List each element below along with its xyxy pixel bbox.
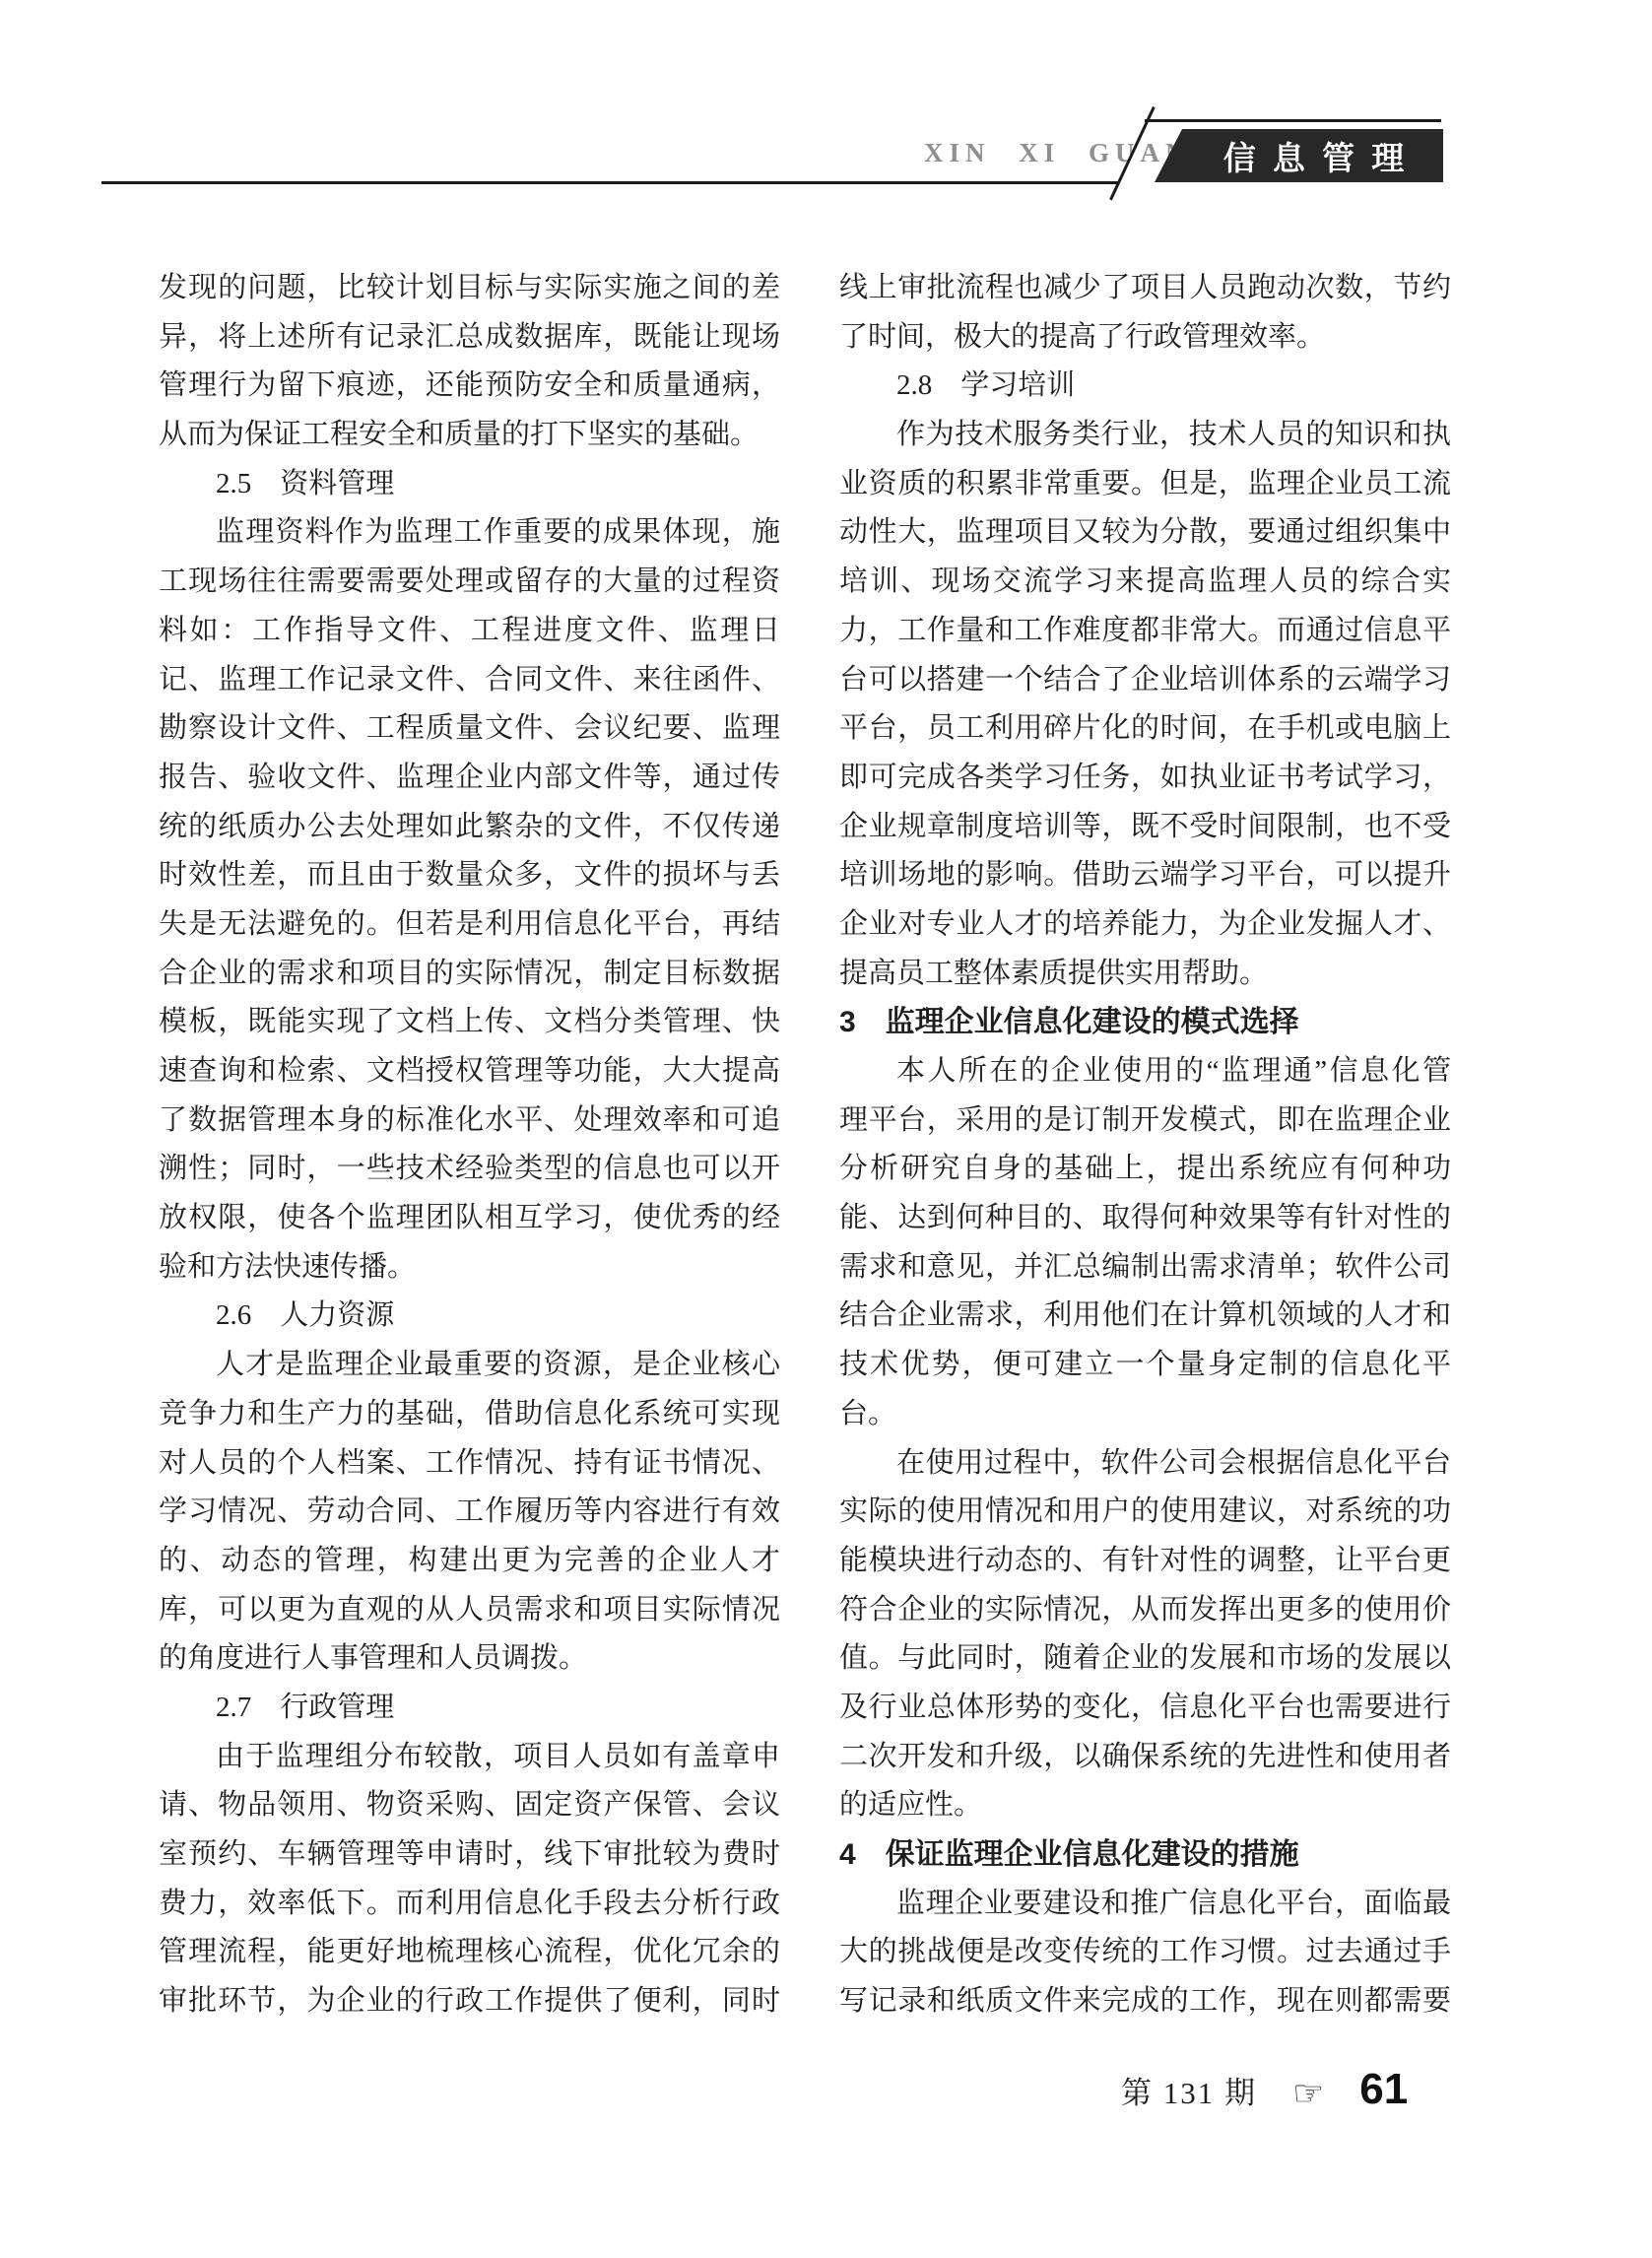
text-line: 平台，员工利用碎片化的时间，在手机或电脑上 xyxy=(839,704,1451,754)
text-line: 时效性差，而且由于数量众多，文件的损坏与丢 xyxy=(159,851,780,900)
text-line: 提高员工整体素质提供实用帮助。 xyxy=(839,950,1451,999)
text-line: 2.5 资料管理 xyxy=(159,460,780,509)
text-line: 请、物品领用、物资采购、固定资产保管、会议 xyxy=(159,1781,780,1830)
text-line: 室预约、车辆管理等申请时，线下审批较为费时 xyxy=(159,1830,780,1880)
text-line: 溯性；同时，一些技术经验类型的信息也可以开 xyxy=(159,1145,780,1194)
text-line: 的角度进行人事管理和人员调拨。 xyxy=(159,1634,780,1684)
text-line: 培训场地的影响。借助云端学习平台，可以提升 xyxy=(839,851,1451,900)
text-line: 记、监理工作记录文件、合同文件、来往函件、 xyxy=(159,656,780,705)
text-line: 理平台，采用的是订制开发模式，即在监理企业 xyxy=(839,1096,1451,1146)
text-line: 能、达到何种目的、取得何种效果等有针对性的 xyxy=(839,1194,1451,1243)
text-line: 企业对专业人才的培养能力，为企业发掘人才、 xyxy=(839,900,1451,950)
text-line: 2.7 行政管理 xyxy=(159,1684,780,1733)
text-line: 结合企业需求，利用他们在计算机领域的人才和 xyxy=(839,1292,1451,1341)
text-line: 及行业总体形势的变化，信息化平台也需要进行 xyxy=(839,1684,1451,1733)
text-line: 发现的问题，比较计划目标与实际实施之间的差 xyxy=(159,264,780,313)
text-line: 在使用过程中，软件公司会根据信息化平台 xyxy=(839,1439,1451,1489)
text-line: 管理流程，能更好地梳理核心流程，优化冗余的 xyxy=(159,1928,780,1977)
text-line: 写记录和纸质文件来完成的工作，现在则都需要 xyxy=(839,1977,1451,2026)
text-line: 的、动态的管理，构建出更为完善的企业人才 xyxy=(159,1537,780,1586)
text-line: 需求和意见，并汇总编制出需求清单；软件公司 xyxy=(839,1243,1451,1293)
text-line: 对人员的个人档案、工作情况、持有证书情况、 xyxy=(159,1439,780,1489)
text-line: 本人所在的企业使用的“监理通”信息化管 xyxy=(839,1047,1451,1096)
text-line: 模板，既能实现了文档上传、文档分类管理、快 xyxy=(159,998,780,1047)
text-line: 符合企业的实际情况，从而发挥出更多的使用价 xyxy=(839,1586,1451,1635)
text-line: 工现场往往需要需要处理或留存的大量的过程资 xyxy=(159,558,780,607)
text-line: 线上审批流程也减少了项目人员跑动次数，节约 xyxy=(839,264,1451,313)
text-line: 实际的使用情况和用户的使用建议，对系统的功 xyxy=(839,1488,1451,1537)
text-line: 的适应性。 xyxy=(839,1781,1451,1830)
text-line: 业资质的积累非常重要。但是，监理企业员工流 xyxy=(839,460,1451,509)
text-line: 2.8 学习培训 xyxy=(839,362,1451,411)
page-number: 61 xyxy=(1359,2065,1408,2114)
text-line: 学习情况、劳动合同、工作履历等内容进行有效 xyxy=(159,1488,780,1537)
text-line: 从而为保证工程安全和质量的打下坚实的基础。 xyxy=(159,411,780,460)
text-line: 企业规章制度培训等，既不受时间限制，也不受 xyxy=(839,803,1451,852)
text-line: 分析研究自身的基础上，提出系统应有何种功 xyxy=(839,1145,1451,1194)
text-line: 竞争力和生产力的基础，借助信息化系统可实现 xyxy=(159,1390,780,1439)
text-line: 审批环节，为企业的行政工作提供了便利，同时 xyxy=(159,1977,780,2026)
text-line: 失是无法避免的。但若是利用信息化平台，再结 xyxy=(159,900,780,950)
text-line: 二次开发和升级，以确保系统的先进性和使用者 xyxy=(839,1733,1451,1782)
text-line: 3 监理企业信息化建设的模式选择 xyxy=(839,998,1451,1047)
text-line: 台可以搭建一个结合了企业培训体系的云端学习 xyxy=(839,656,1451,705)
text-line: 技术优势，便可建立一个量身定制的信息化平 xyxy=(839,1341,1451,1390)
pointing-hand-icon: ☞ xyxy=(1292,2073,1324,2114)
text-line: 库，可以更为直观的从人员需求和项目实际情况 xyxy=(159,1586,780,1635)
text-line: 统的纸质办公去处理如此繁杂的文件，不仅传递 xyxy=(159,803,780,852)
text-line: 费力，效率低下。而利用信息化手段去分析行政 xyxy=(159,1880,780,1929)
text-line: 验和方法快速传播。 xyxy=(159,1243,780,1293)
text-line: 动性大，监理项目又较为分散，要通过组织集中 xyxy=(839,508,1451,558)
text-line: 值。与此同时，随着企业的发展和市场的发展以 xyxy=(839,1634,1451,1684)
text-line: 培训、现场交流学习来提高监理人员的综合实 xyxy=(839,558,1451,607)
text-line: 监理资料作为监理工作重要的成果体现，施 xyxy=(159,508,780,558)
text-line: 监理企业要建设和推广信息化平台，面临最 xyxy=(839,1880,1451,1929)
header-rule xyxy=(101,181,1118,184)
text-line: 了数据管理本身的标准化水平、处理效率和可追 xyxy=(159,1096,780,1146)
article-left-column: 发现的问题，比较计划目标与实际实施之间的差异，将上述所有记录汇总成数据库，既能让… xyxy=(159,264,780,2026)
text-line: 料如：工作指导文件、工程进度文件、监理日 xyxy=(159,607,780,656)
text-line: 报告、验收文件、监理企业内部文件等，通过传 xyxy=(159,754,780,803)
text-line: 勘察设计文件、工程质量文件、会议纪要、监理 xyxy=(159,704,780,754)
text-line: 合企业的需求和项目的实际情况，制定目标数据 xyxy=(159,950,780,999)
header-rule-top xyxy=(1145,119,1441,122)
text-line: 速查询和检索、文档授权管理等功能，大大提高 xyxy=(159,1047,780,1096)
text-line: 人才是监理企业最重要的资源，是企业核心 xyxy=(159,1341,780,1390)
page-footer: 第 131 期 ☞ 61 xyxy=(1121,2065,1408,2114)
text-line: 力，工作量和工作难度都非常大。而通过信息平 xyxy=(839,607,1451,656)
article-right-column: 线上审批流程也减少了项目人员跑动次数，节约了时间，极大的提高了行政管理效率。2.… xyxy=(839,264,1451,2026)
header-section-title: 信息管理 xyxy=(1223,133,1421,179)
text-line: 即可完成各类学习任务，如执业证书考试学习， xyxy=(839,754,1451,803)
text-line: 2.6 人力资源 xyxy=(159,1292,780,1341)
text-line: 能模块进行动态的、有针对性的调整，让平台更 xyxy=(839,1537,1451,1586)
text-line: 管理行为留下痕迹，还能预防安全和质量通病， xyxy=(159,362,780,411)
text-line: 由于监理组分布较散，项目人员如有盖章申 xyxy=(159,1733,780,1782)
issue-number: 第 131 期 xyxy=(1121,2068,1257,2112)
text-line: 了时间，极大的提高了行政管理效率。 xyxy=(839,313,1451,363)
journal-page: XIN XI GUAN LI 信息管理 发现的问题，比较计划目标与实际实施之间的… xyxy=(0,0,1652,2258)
text-line: 异，将上述所有记录汇总成数据库，既能让现场 xyxy=(159,313,780,363)
text-line: 放权限，使各个监理团队相互学习，使优秀的经 xyxy=(159,1194,780,1243)
text-line: 作为技术服务类行业，技术人员的知识和执 xyxy=(839,411,1451,460)
text-line: 台。 xyxy=(839,1390,1451,1439)
header-section-box: 信息管理 xyxy=(1155,129,1443,182)
text-line: 4 保证监理企业信息化建设的措施 xyxy=(839,1830,1451,1880)
text-line: 大的挑战便是改变传统的工作习惯。过去通过手 xyxy=(839,1928,1451,1977)
